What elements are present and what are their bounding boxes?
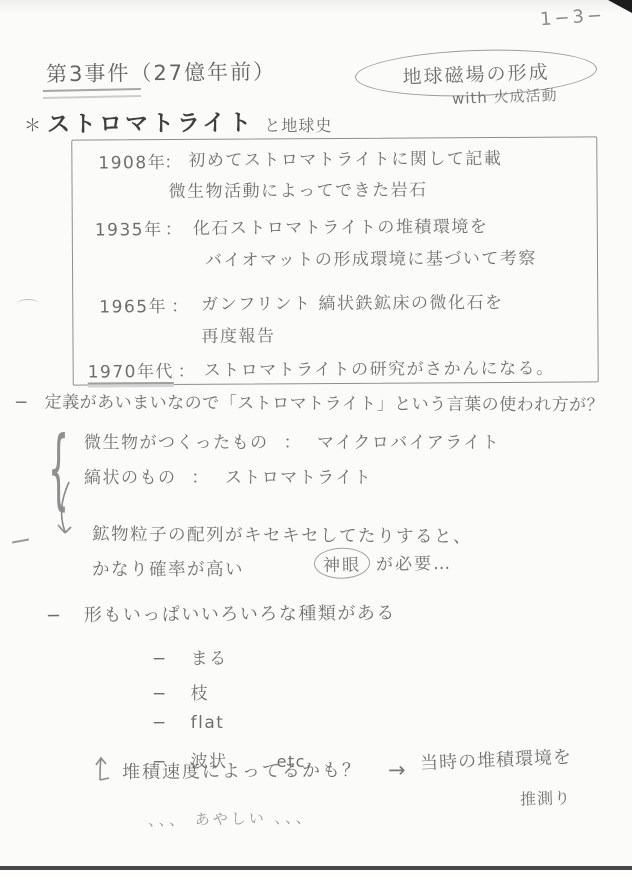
dash-bullet-icon: − [152,649,168,669]
circled-topic-annotation: with 火成活動 [452,84,558,109]
scanned-note-page: 1−3− 第3事件（27億年前） 地球磁場の形成 with 火成活動 ＊ ストロ… [0,0,632,877]
shape-list-item: − 枝 [152,679,209,704]
shapes-heading: − 形もいっぱいいろいろな種類がある [46,599,396,627]
right-arrow-icon: → [388,758,408,782]
environment-note-cont: 推測り [520,785,572,810]
margin-dash [12,539,29,544]
timeline-colon: ： [164,148,183,173]
timeline-entry-line: ストロマトライトの研究がさかんになる。 [204,354,555,381]
circled-remark: 神眼 が必要… [314,546,453,579]
shape-item-label: flat [191,713,225,733]
circled-remark-suffix: が必要… [376,549,452,575]
timeline-year: 1965年 [99,292,167,317]
page-title: 第3事件（27億年前） [46,56,276,88]
branch-colon: ： [191,468,210,488]
dash-bullet-icon: − [46,605,63,626]
scan-edge-strip [0,870,632,877]
timeline-year: 1935年 [95,215,163,240]
section-subtitle: ＊ ストロマトライト と地球史 [24,105,332,138]
timeline-colon: ： [165,215,184,240]
suspicious-note: 、、、 あやしい 、、、 [148,807,314,831]
timeline-year: 1908年 [98,148,166,173]
deposition-note: 堆積速度によってるかも？ [122,756,362,784]
mineral-note-line: 鉱物粒子の配列がキセキセしてたりすると、 [92,521,472,549]
branch-row: 縞状のもの ： ストロマトライト [84,463,372,488]
page-number: 1−3− [539,5,605,30]
keyword-stromatolite: ストロマトライト [47,104,255,139]
branch-colon: ： [284,433,303,453]
title-underline [43,88,141,99]
timeline-year: 1970年代 [88,357,174,385]
shape-list-item: − flat [152,713,224,733]
asterisk-bullet-icon: ＊ [24,111,43,136]
shape-item-label: 枝 [191,684,210,704]
circled-remark-text: 神眼 [314,547,371,579]
timeline-colon: ： [178,357,197,382]
branch-label: 微生物がつくったもの [84,433,269,453]
timeline-entry-line: 初めてストロマトライトに関して記載 [188,144,502,171]
definition-note-text: 定義があいまいなので「ストロマトライト」という言葉の使われ方が？ [45,393,605,416]
keyword-suffix: と地球史 [264,113,332,136]
dash-bullet-icon: − [152,713,168,733]
definition-note: − 定義があいまいなので「ストロマトライト」という言葉の使われ方が？ [14,387,604,415]
timeline-entry-line: バイオマットの形成環境に基づいて考察 [205,244,537,271]
timeline-entry-line: ガンフリント 縞状鉄鉱床の微化石を [201,288,503,315]
timeline-box: 1908年 ： 初めてストロマトライトに関して記載 微生物活動によってできた岩石… [71,136,598,385]
margin-tick-arc [17,299,39,309]
timeline-colon: ： [171,292,190,317]
branch-row: 微生物がつくったもの ： マイクロバイアライト [84,428,500,453]
up-arrow-icon [94,754,116,784]
shapes-heading-text: 形もいっぱいいろいろな種類がある [84,603,396,626]
shape-item-label: まる [191,649,228,669]
environment-note: 当時の堆積環境を [420,743,573,776]
shape-list-item: − まる [152,644,228,669]
timeline-entry-line: 再度報告 [201,321,275,346]
timeline-entry-line: 微生物活動によってできた岩石 [168,175,427,202]
down-arrow-icon [52,480,80,540]
mineral-note-line: かなり確率が高い [92,556,244,581]
scan-corner-mark [608,0,632,13]
branch-value: マイクロバイアライト [317,433,500,453]
branch-value: ストロマトライト [225,468,373,488]
dash-bullet-icon: − [14,392,29,412]
branch-label: 縞状のもの [84,468,177,488]
dash-bullet-icon: − [152,684,168,704]
timeline-entry-line: 化石ストロマトライトの堆積環境を [193,212,489,239]
